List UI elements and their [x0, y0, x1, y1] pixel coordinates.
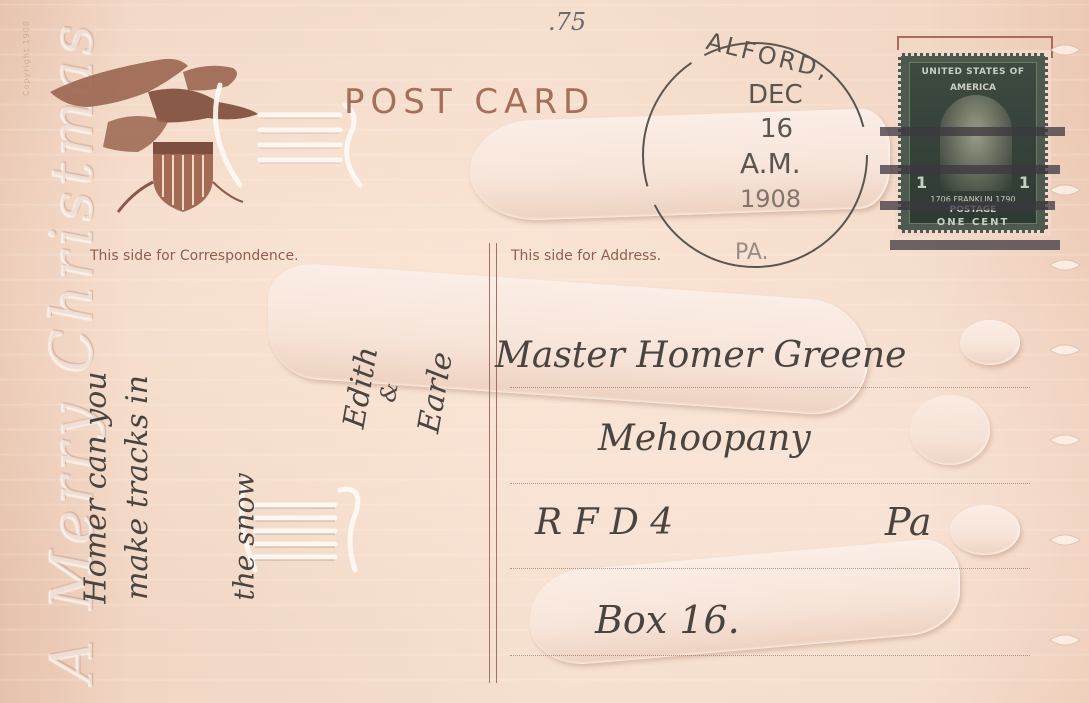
address-rule-4 [510, 655, 1030, 656]
address-line-1: Master Homer Greene [495, 335, 906, 376]
address-rule-3 [510, 568, 1030, 569]
postmark: ALFORD, DEC 16 A.M. 1908 PA. [640, 30, 890, 280]
address-line-4: Box 16. [595, 598, 740, 642]
address-label: This side for Address. [511, 248, 661, 264]
postmark-month: DEC [748, 80, 803, 110]
embossed-oval-1 [960, 320, 1020, 365]
message-line-1: Homer can you [79, 371, 114, 603]
message-line-2: make tracks in [120, 375, 155, 600]
correspondence-label: This side for Correspondence. [90, 248, 299, 264]
postmark-state: PA. [735, 240, 769, 265]
center-divider [489, 243, 497, 683]
embossed-flower [910, 395, 990, 465]
address-line-3: R F D 4 [535, 502, 673, 543]
postmark-year: 1908 [740, 185, 801, 213]
embossed-oval-2 [950, 505, 1020, 555]
address-rule-1 [510, 387, 1030, 388]
price-note: .75 [548, 8, 586, 36]
address-rule-2 [510, 483, 1030, 484]
post-card-heading: POST CARD [344, 82, 595, 122]
postmark-time: A.M. [740, 147, 801, 180]
cancellation-bars-icon [880, 105, 1065, 275]
copyright-line: Copyright 1908 [22, 20, 31, 96]
signature-ampersand: & [376, 381, 404, 405]
postmark-day: 16 [760, 114, 793, 144]
postcard-back: Copyright 1908 A Merry Christmas .75 [0, 0, 1089, 703]
message-line-3: the snow [227, 473, 260, 601]
stamp-country-line2: AMERICA [910, 83, 1036, 93]
address-state: Pa [885, 500, 932, 544]
embossed-border-ornaments-icon [1040, 0, 1089, 703]
address-line-2: Mehoopany [598, 418, 811, 459]
stamp-country: UNITED STATES OF [910, 67, 1036, 77]
